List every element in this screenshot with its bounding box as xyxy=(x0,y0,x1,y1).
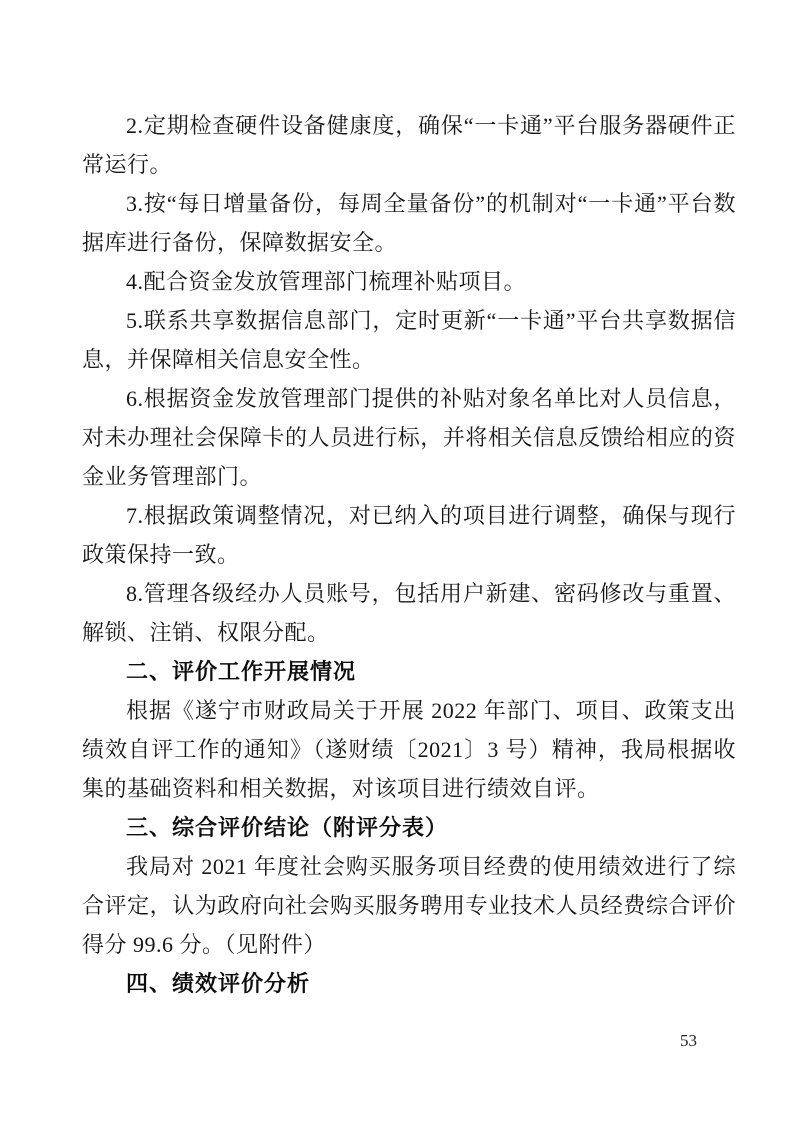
document-body: 2.定期检查硬件设备健康度，确保“一卡通”平台服务器硬件正常运行。3.按“每日增… xyxy=(82,106,736,1003)
body-paragraph: 我局对 2021 年度社会购买服务项目经费的使用绩效进行了综合评定，认为政府向社… xyxy=(82,847,736,964)
body-paragraph: 根据《遂宁市财政局关于开展 2022 年部门、项目、政策支出绩效自评工作的通知》… xyxy=(82,691,736,808)
document-page: 2.定期检查硬件设备健康度，确保“一卡通”平台服务器硬件正常运行。3.按“每日增… xyxy=(0,0,793,1122)
body-paragraph: 2.定期检查硬件设备健康度，确保“一卡通”平台服务器硬件正常运行。 xyxy=(82,106,736,184)
page-number: 53 xyxy=(680,1031,697,1051)
body-paragraph: 5.联系共享数据信息部门，定时更新“一卡通”平台共享数据信息，并保障相关信息安全… xyxy=(82,301,736,379)
section-heading: 三、综合评价结论（附评分表） xyxy=(82,808,736,847)
section-heading: 四、绩效评价分析 xyxy=(82,964,736,1003)
body-paragraph: 3.按“每日增量备份，每周全量备份”的机制对“一卡通”平台数据库进行备份，保障数… xyxy=(82,184,736,262)
body-paragraph: 4.配合资金发放管理部门梳理补贴项目。 xyxy=(82,262,736,301)
body-paragraph: 8.管理各级经办人员账号，包括用户新建、密码修改与重置、解锁、注销、权限分配。 xyxy=(82,574,736,652)
body-paragraph: 7.根据政策调整情况，对已纳入的项目进行调整，确保与现行政策保持一致。 xyxy=(82,496,736,574)
body-paragraph: 6.根据资金发放管理部门提供的补贴对象名单比对人员信息，对未办理社会保障卡的人员… xyxy=(82,379,736,496)
section-heading: 二、评价工作开展情况 xyxy=(82,652,736,691)
